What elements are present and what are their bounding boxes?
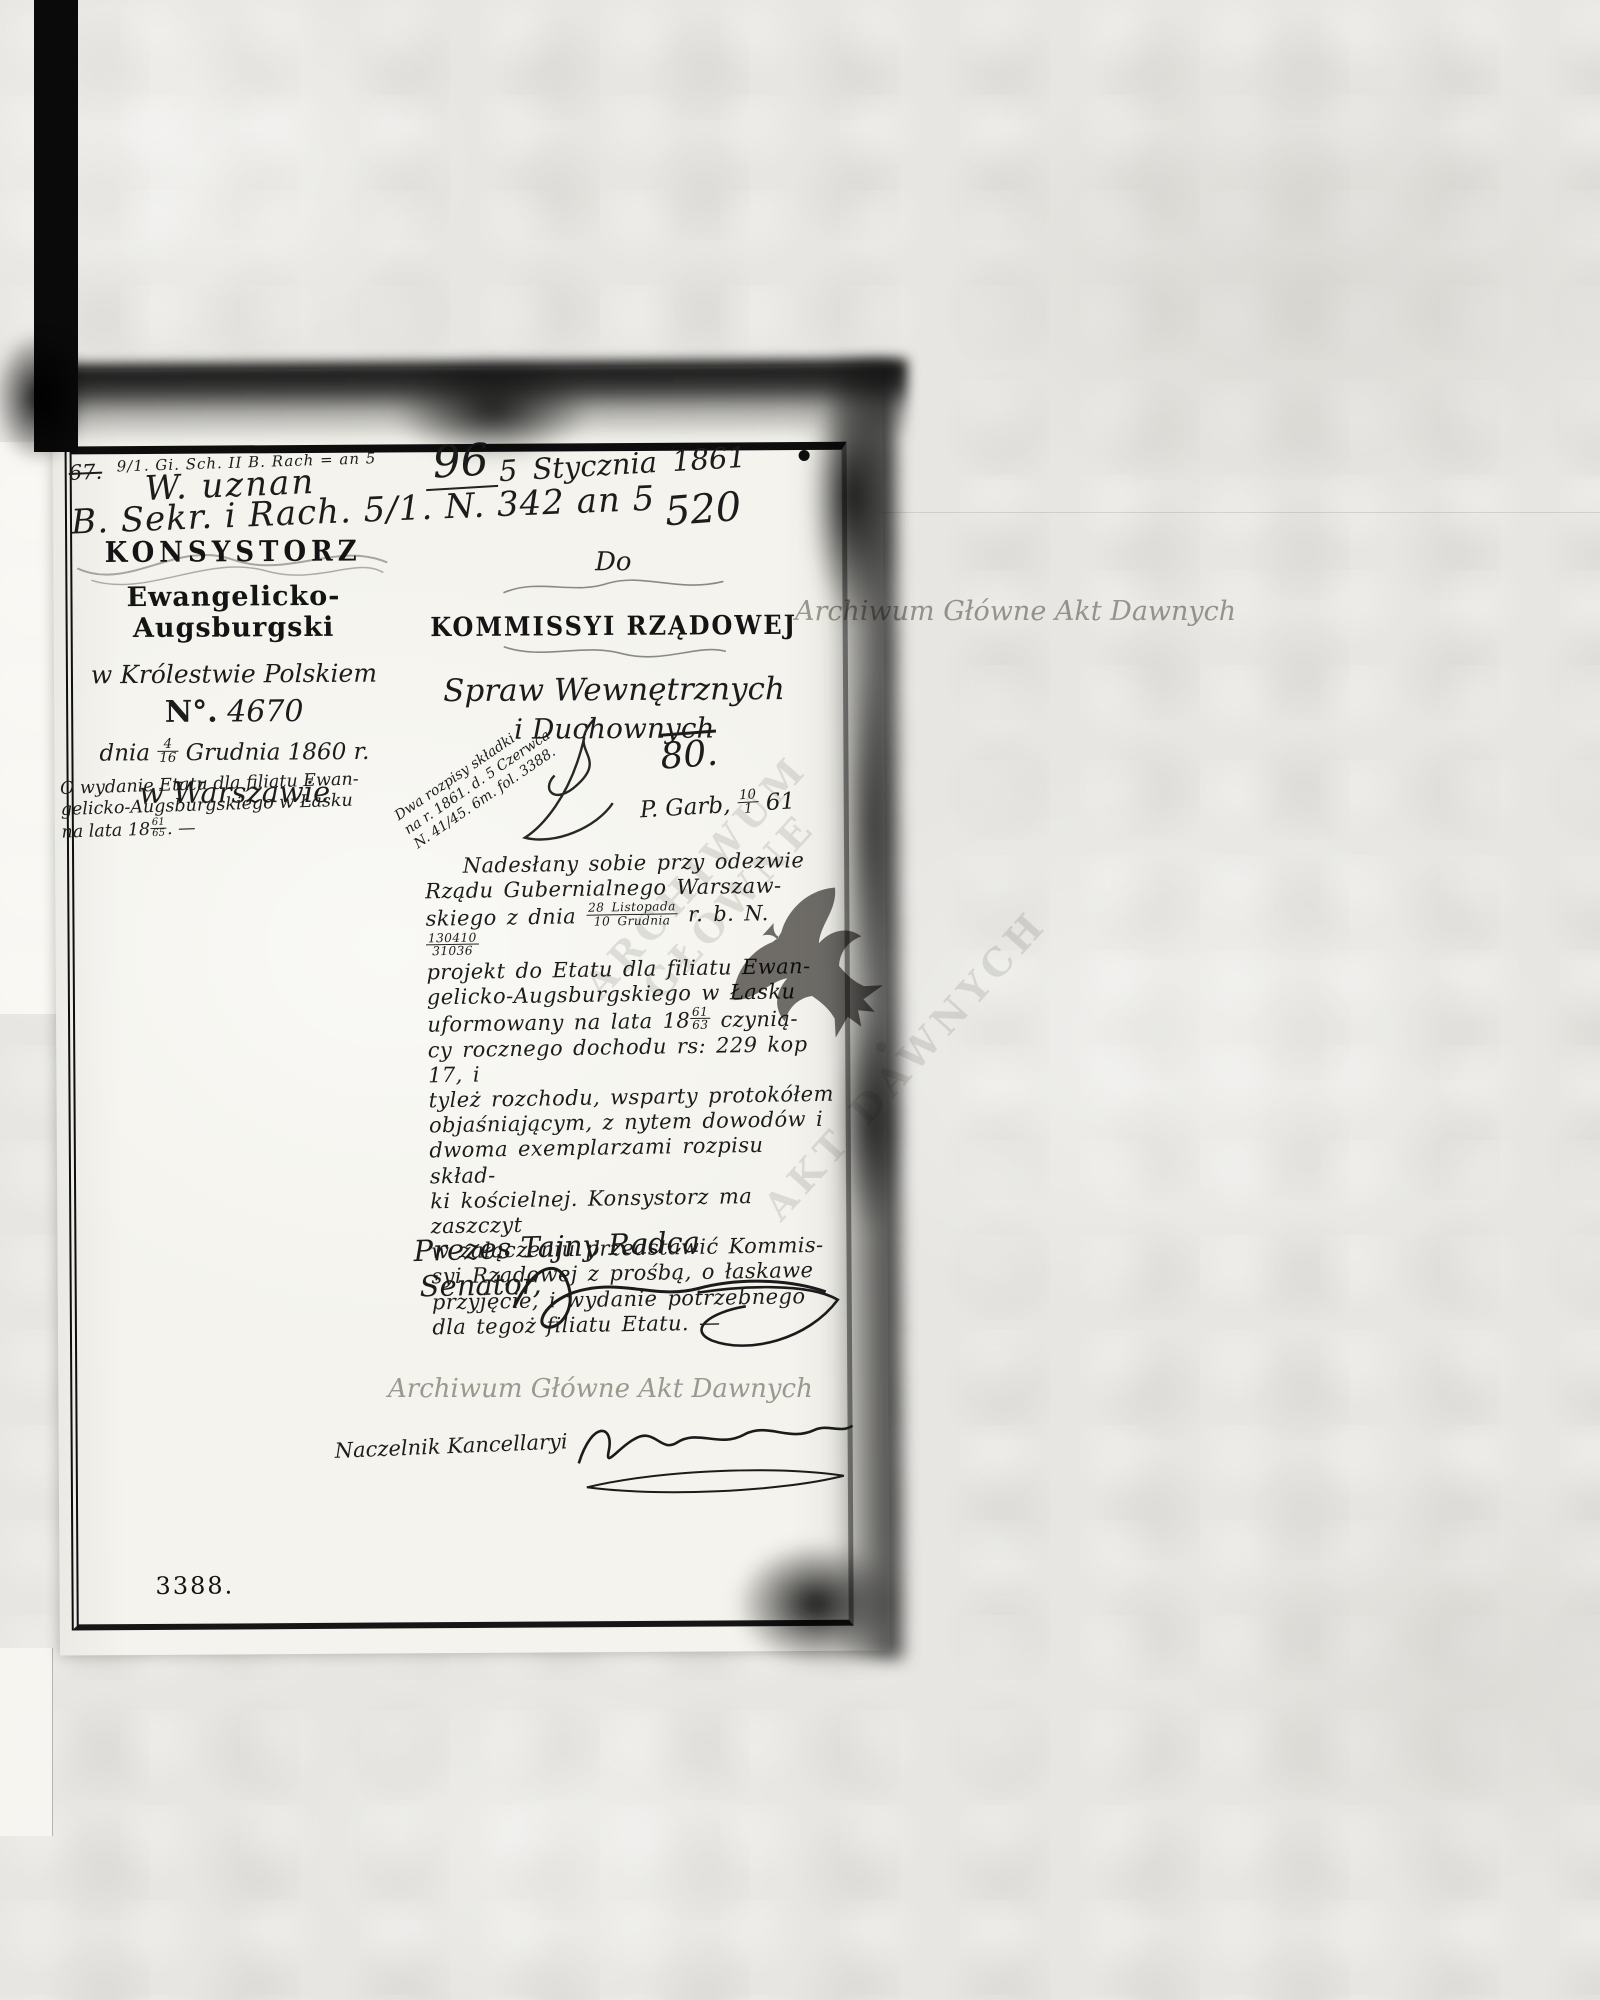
- number-value: 4670: [227, 694, 304, 729]
- torn-edge-top-blob: [392, 359, 593, 460]
- archive-watermark-top: Archiwum Główne Akt Dawnych: [795, 596, 1236, 627]
- addressee-do: Do: [413, 546, 813, 578]
- date-word: dnia: [99, 740, 150, 766]
- archive-watermark-bottom: Archiwum Główne Akt Dawnych: [388, 1374, 813, 1404]
- number-label: N°.: [165, 695, 218, 730]
- letterhead-subtitle: Ewangelicko-Augsburgski: [63, 580, 403, 644]
- letterhead-number-line: N°. 4670: [64, 693, 404, 730]
- scanner-edge-strip-upper: [0, 442, 58, 1014]
- years-fraction: 6165: [150, 818, 168, 840]
- archive-folio-number: 3388.: [155, 1571, 234, 1599]
- clerk-signature: [556, 1406, 867, 1513]
- letterhead-title: KONSYSTORZ: [63, 535, 403, 570]
- flourish-above-title: [493, 576, 733, 597]
- letterhead-kingdom-line: w Królestwie Polskiem: [64, 658, 404, 689]
- torn-corner-bottom-right: [731, 1538, 902, 1669]
- scanner-edge-strip-lower: [0, 1648, 53, 1836]
- background-crease-line: [880, 512, 1600, 513]
- torn-edge-right-blob-top: [809, 361, 896, 632]
- flourish-below-title: [494, 639, 734, 660]
- date-fraction: 416: [157, 738, 178, 766]
- microfilm-strip-blob: [0, 330, 88, 465]
- folio-number: 520: [663, 484, 743, 536]
- ink-dot: [799, 450, 810, 461]
- scanned-document-page: 67. 9/1. Gi. Sch. II B. Rach = an 5 W. u…: [0, 0, 1600, 2000]
- subject-note: O wydanie Etatu dla filiatu Ewan- gelick…: [60, 768, 407, 844]
- date-rest: Grudnia 1860 r.: [186, 739, 370, 766]
- letterhead-date-line: dnia 416 Grudnia 1860 r.: [64, 736, 404, 766]
